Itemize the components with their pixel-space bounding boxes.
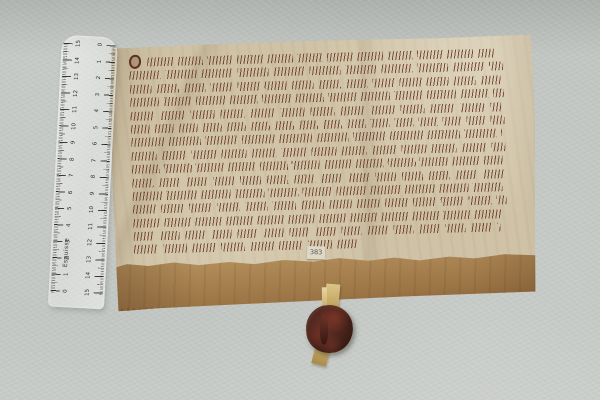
- ruler-number: 8: [68, 153, 77, 165]
- ruler-number: 6: [67, 186, 76, 198]
- ruler-number: 4: [65, 219, 74, 231]
- ruler-number: 14: [74, 54, 83, 66]
- ruler-number: 5: [66, 202, 75, 214]
- ruler-number: 12: [86, 236, 95, 248]
- ruler-number: 15: [83, 286, 92, 298]
- ruler-number: 4: [93, 104, 102, 116]
- ruler-number: 15: [74, 37, 83, 49]
- ruler-number: 0: [96, 39, 105, 51]
- ruler-number: 9: [69, 136, 78, 148]
- ruler-number: 6: [91, 137, 100, 149]
- ruler-number: 1: [62, 268, 71, 280]
- ruler-number: 12: [72, 87, 81, 99]
- ruler-number: 1: [96, 55, 105, 67]
- ruler-number: 10: [88, 203, 97, 215]
- ruler-number: 7: [90, 154, 99, 166]
- parchment-charter: 383: [109, 34, 540, 311]
- ruler-number: 9: [89, 187, 98, 199]
- ruler-number: 2: [95, 72, 104, 84]
- ruler-number: 8: [89, 170, 98, 182]
- ruler-number: 10: [70, 120, 79, 132]
- charter-text-block: [129, 48, 520, 259]
- ruler-scale-numbers: 1514131211109876543210012345678910111213…: [62, 35, 118, 38]
- ruler-number: 11: [87, 220, 96, 232]
- ruler-number: 14: [84, 269, 93, 281]
- ruler-number: 11: [71, 103, 80, 115]
- ruler-number: 13: [85, 253, 94, 265]
- ruler-number: 3: [94, 88, 103, 100]
- photograph: 383 151413121110987654321001234567891011…: [0, 0, 600, 400]
- wax-seal: [304, 303, 356, 356]
- archive-number-label: 383: [307, 246, 325, 259]
- ruler-number: 5: [92, 121, 101, 133]
- ruler-number: 7: [67, 169, 76, 181]
- ruler-number: 13: [73, 70, 82, 82]
- ruler-number: 0: [61, 285, 70, 297]
- ruler: 1514131211109876543210012345678910111213…: [48, 35, 118, 310]
